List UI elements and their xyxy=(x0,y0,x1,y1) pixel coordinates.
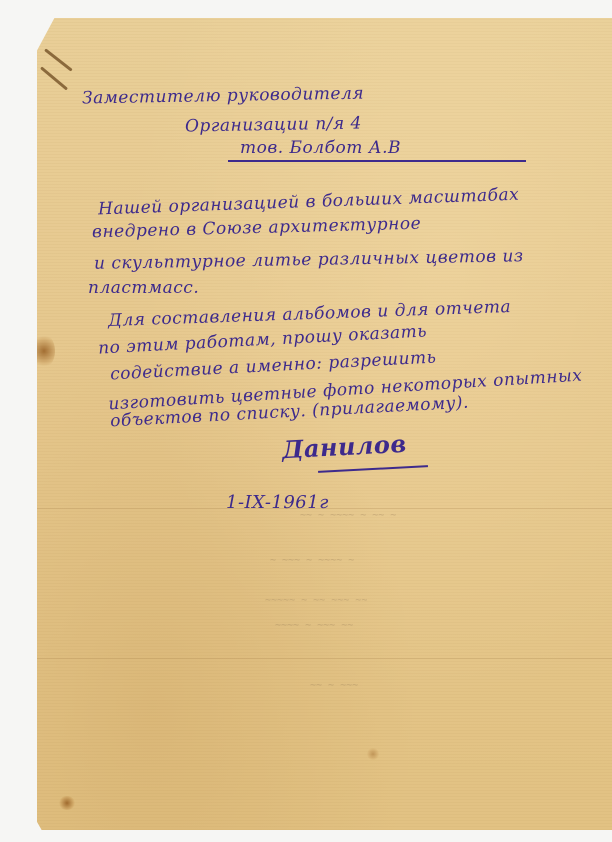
staple-mark xyxy=(40,66,68,90)
body-line: пластмасс. xyxy=(88,278,199,298)
bleed-through: ~ ~~~ ~ ~~~~ ~ xyxy=(270,555,354,566)
stain-mark xyxy=(33,334,55,368)
addressee-line-3: тов. Болбот А.В xyxy=(240,138,401,158)
document-date: 1-IX-1961г xyxy=(226,492,329,513)
bleed-through: ~~ ~ ~~~ xyxy=(310,680,358,691)
bleed-through: ~~~~~ ~ ~~ ~~~ ~~ xyxy=(265,595,367,606)
staple-mark xyxy=(44,48,73,71)
paper-crease xyxy=(37,658,612,659)
stain-mark xyxy=(59,796,75,810)
addressee-line-2: Организации п/я 4 xyxy=(185,113,362,136)
bleed-through: ~~~~ ~ ~~~ ~~ xyxy=(275,620,353,631)
addressee-underline xyxy=(228,160,526,162)
stain-mark xyxy=(367,748,379,760)
